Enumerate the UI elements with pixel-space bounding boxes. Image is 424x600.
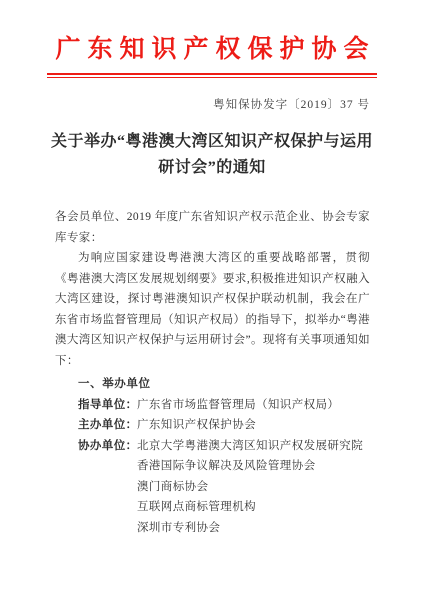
organizer-values-co-organizers: 北京大学粤港澳大湾区知识产权发展研究院 香港国际争议解决及风险管理协会 澳门商标…	[137, 436, 370, 539]
organization-title: 广东知识产权保护协会	[0, 34, 424, 66]
document-reference-number: 粤知保协发字〔2019〕37 号	[0, 98, 424, 112]
organizer-row-host: 主办单位： 广东知识产权保护协会	[55, 415, 370, 436]
organizer-row-co-organizers: 协办单位： 北京大学粤港澳大湾区知识产权发展研究院 香港国际争议解决及风险管理协…	[55, 436, 370, 539]
salutation: 各会员单位、2019 年度广东省知识产权示范企业、协会专家库专家：	[55, 207, 370, 248]
organizer-unit: 香港国际争议解决及风险管理协会	[137, 456, 370, 477]
letterhead-double-rule	[47, 73, 377, 78]
notice-document-page: 广东知识产权保护协会 粤知保协发字〔2019〕37 号 关于举办“粤港澳大湾区知…	[0, 0, 424, 600]
notice-body: 各会员单位、2019 年度广东省知识产权示范企业、协会专家库专家： 为响应国家建…	[55, 207, 370, 538]
organizer-label-host: 主办单位：	[78, 415, 137, 436]
organizer-label-guiding: 指导单位：	[78, 395, 137, 416]
organizer-unit: 互联网点商标管理机构	[137, 497, 370, 518]
intro-paragraph: 为响应国家建设粤港澳大湾区的重要战略部署，贯彻《粤港澳大湾区发展规划纲要》要求,…	[55, 248, 370, 371]
organizer-row-guiding: 指导单位： 广东省市场监督管理局（知识产权局）	[55, 395, 370, 416]
organizer-values-guiding: 广东省市场监督管理局（知识产权局）	[137, 395, 370, 416]
letterhead: 广东知识产权保护协会	[0, 0, 424, 78]
organizer-label-co-organizers: 协办单位：	[78, 436, 137, 539]
notice-title-line-2: 研讨会”的通知	[30, 155, 394, 181]
notice-title-line-1: 关于举办“粤港澳大湾区知识产权保护与运用	[30, 129, 394, 155]
organizer-unit: 深圳市专利协会	[137, 518, 370, 539]
organizer-unit: 广东省市场监督管理局（知识产权局）	[137, 395, 370, 416]
section-heading-organizers: 一、举办单位	[55, 374, 370, 395]
organizer-values-host: 广东知识产权保护协会	[137, 415, 370, 436]
notice-title: 关于举办“粤港澳大湾区知识产权保护与运用 研讨会”的通知	[30, 129, 394, 181]
organizer-unit: 北京大学粤港澳大湾区知识产权发展研究院	[137, 436, 370, 457]
organizer-unit: 广东知识产权保护协会	[137, 415, 370, 436]
organizer-unit: 澳门商标协会	[137, 477, 370, 498]
